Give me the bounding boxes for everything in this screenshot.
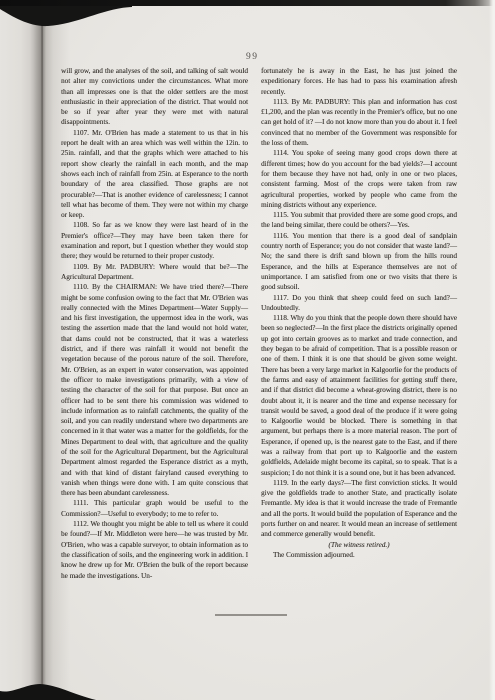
facing-page-edge — [0, 0, 41, 700]
paragraph: fortunately he is away in the East, he h… — [261, 66, 457, 97]
question-paragraph: 1108. So far as we know they were last h… — [61, 220, 248, 261]
section-end-rule — [215, 614, 287, 616]
page-right-edge — [489, 0, 495, 700]
paragraph: (The witness retired.) — [261, 540, 457, 550]
question-paragraph: 1119. In the early days?—The first convi… — [261, 478, 457, 540]
question-paragraph: 1117. Do you think that sheep could feed… — [261, 293, 457, 314]
left-text-column: will grow, and the analyses of the soil,… — [61, 66, 248, 581]
book-page-scan: 99 will grow, and the analyses of the so… — [0, 0, 495, 700]
question-paragraph: 1116. You mention that there is a good d… — [261, 231, 457, 293]
question-paragraph: 1107. Mr. O'Brien has made a statement t… — [61, 128, 248, 221]
question-paragraph: 1118. Why do you think that the people d… — [261, 313, 457, 478]
question-paragraph: 1111. This particular graph would be use… — [61, 498, 248, 519]
scan-edge-top — [0, 0, 495, 6]
question-paragraph: 1110. By the CHAIRMAN: We have tried the… — [61, 282, 248, 498]
gutter-line — [41, 4, 43, 692]
paragraph: The Commission adjourned. — [261, 550, 457, 560]
question-paragraph: 1114. You spoke of seeing many good crop… — [261, 148, 457, 210]
question-paragraph: 1113. By Mr. PADBURY: This plan and info… — [261, 97, 457, 148]
question-paragraph: 1115. You submit that provided there are… — [261, 210, 457, 231]
right-text-column: fortunately he is away in the East, he h… — [261, 66, 457, 560]
page-number: 99 — [246, 52, 259, 62]
question-paragraph: 1112. We thought you might be able to te… — [61, 519, 248, 581]
paragraph: will grow, and the analyses of the soil,… — [61, 66, 248, 128]
question-paragraph: 1109. By Mr. PADBURY: Where would that b… — [61, 262, 248, 283]
